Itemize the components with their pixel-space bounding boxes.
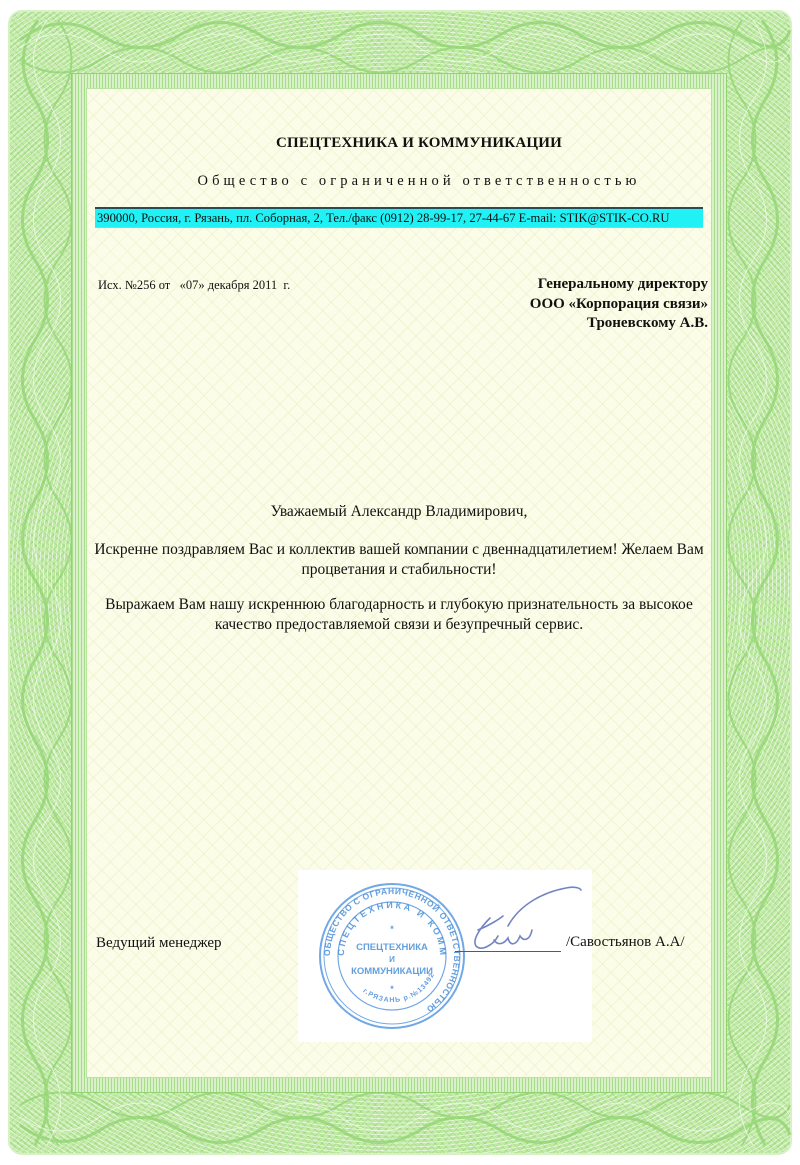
paragraph-line: процветания и стабильности! <box>86 560 712 580</box>
addressee-block: Генеральному директору ООО «Корпорация с… <box>530 275 708 334</box>
paragraph-line: качество предоставляемой связи и безупре… <box>86 615 712 635</box>
signature-line <box>455 951 561 952</box>
paragraph-line: Выражаем Вам нашу искреннюю благодарност… <box>86 595 712 615</box>
gratitude-paragraph: Выражаем Вам нашу искреннюю благодарност… <box>86 595 712 635</box>
company-address-bar: 390000, Россия, г. Рязань, пл. Соборная,… <box>95 207 703 228</box>
seal-center-line-1: СПЕЦТЕХНИКА <box>356 942 428 953</box>
svg-text:*: * <box>390 984 394 994</box>
svg-text:*: * <box>390 924 394 934</box>
addressee-company: ООО «Корпорация связи» <box>530 295 708 315</box>
addressee-position: Генеральному директору <box>530 275 708 295</box>
seal-center-line-3: КОММУНИКАЦИИ <box>351 966 433 977</box>
congratulation-paragraph: Искренне поздравляем Вас и коллектив ваш… <box>86 540 712 580</box>
addressee-name: Троневскому А.В. <box>530 314 708 334</box>
salutation: Уважаемый Александр Владимирович, <box>86 503 712 521</box>
signer-position: Ведущий менеджер <box>96 935 222 952</box>
company-seal-icon: ОБЩЕСТВО С ОГРАНИЧЕННОЙ ОТВЕТСТВЕННОСТЬЮ… <box>298 870 592 1042</box>
outgoing-reference: Исх. №256 от «07» декабря 2011 г. <box>98 278 290 293</box>
company-name: СПЕЦТЕХНИКА И КОММУНИКАЦИИ <box>86 135 752 152</box>
signer-name: /Савостьянов А.А/ <box>566 934 685 951</box>
paragraph-line: Искренне поздравляем Вас и коллектив ваш… <box>86 540 712 560</box>
seal-center-line-2: И <box>389 955 395 964</box>
legal-form: Общество с ограниченной ответственностью <box>86 173 752 190</box>
